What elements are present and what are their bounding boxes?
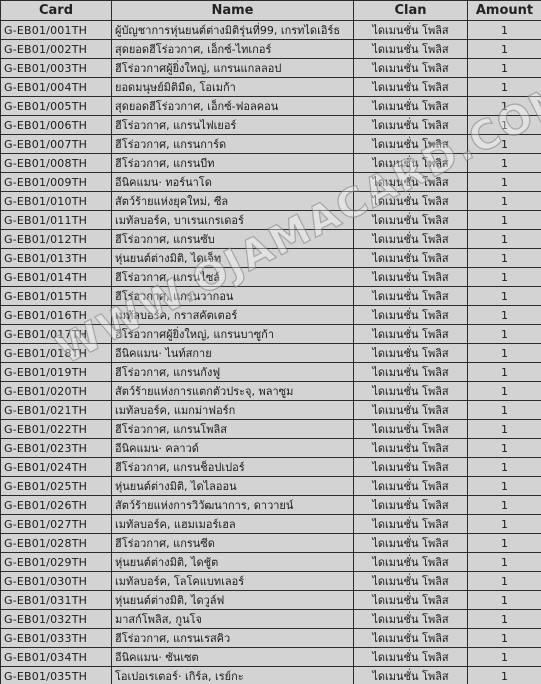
card-amount: 1 (468, 496, 541, 515)
card-amount: 1 (468, 192, 541, 211)
card-name: ฮีโร่อวกาศ, แกรนไฟเยอร์ (112, 116, 354, 135)
card-name: สุดยอดฮีโร่อวกาศ, เอ็กซ์-ฟอลคอน (112, 97, 354, 116)
card-clan: ไดเมนชั่น โพลิส (354, 629, 468, 648)
table-row: G-EB01/009THอีนิคแมน· ทอร์นาโดไดเมนชั่น … (1, 173, 541, 192)
card-amount: 1 (468, 629, 541, 648)
table-row: G-EB01/027THเมทัลบอร์ค, แฮมเมอร์เฮลไดเมน… (1, 515, 541, 534)
card-amount: 1 (468, 553, 541, 572)
card-amount: 1 (468, 59, 541, 78)
card-amount: 1 (468, 458, 541, 477)
card-clan: ไดเมนชั่น โพลิส (354, 306, 468, 325)
card-code: G-EB01/011TH (1, 211, 112, 230)
card-clan: ไดเมนชั่น โพลิส (354, 496, 468, 515)
card-code: G-EB01/009TH (1, 173, 112, 192)
card-amount: 1 (468, 230, 541, 249)
card-code: G-EB01/025TH (1, 477, 112, 496)
table-row: G-EB01/007THฮีโร่อวกาศ, แกรนการ์ดไดเมนชั… (1, 135, 541, 154)
table-body: G-EB01/001THผู้บัญชาการหุ่นยนต์ต่างมิติร… (1, 21, 541, 684)
card-code: G-EB01/023TH (1, 439, 112, 458)
card-amount: 1 (468, 325, 541, 344)
card-clan: ไดเมนชั่น โพลิส (354, 192, 468, 211)
card-amount: 1 (468, 382, 541, 401)
card-clan: ไดเมนชั่น โพลิส (354, 515, 468, 534)
table-row: G-EB01/011THเมทัลบอร์ค, บาเรนเกรเดอร์ไดเ… (1, 211, 541, 230)
table-row: G-EB01/017THฮีโร่อวกาศผู้ยิ่งใหญ่, แกรนบ… (1, 325, 541, 344)
table-row: G-EB01/028THฮีโร่อวกาศ, แกรนซีดไดเมนชั่น… (1, 534, 541, 553)
card-amount: 1 (468, 173, 541, 192)
card-name: ฮีโร่อวกาศผู้ยิ่งใหญ่, แกรนแกลลอป (112, 59, 354, 78)
card-amount: 1 (468, 135, 541, 154)
card-amount: 1 (468, 97, 541, 116)
card-clan: ไดเมนชั่น โพลิส (354, 667, 468, 684)
table-row: G-EB01/005THสุดยอดฮีโร่อวกาศ, เอ็กซ์-ฟอล… (1, 97, 541, 116)
table-row: G-EB01/013THหุ่นยนต์ต่างมิติ, ไดเจ็ทไดเม… (1, 249, 541, 268)
card-clan: ไดเมนชั่น โพลิส (354, 534, 468, 553)
card-code: G-EB01/029TH (1, 553, 112, 572)
card-clan: ไดเมนชั่น โพลิส (354, 553, 468, 572)
table-row: G-EB01/029THหุ่นยนต์ต่างมิติ, ไดชู้ตไดเม… (1, 553, 541, 572)
card-code: G-EB01/028TH (1, 534, 112, 553)
card-amount: 1 (468, 154, 541, 173)
table-row: G-EB01/026THสัตว์ร้ายแห่งการวิวัฒนาการ, … (1, 496, 541, 515)
card-code: G-EB01/030TH (1, 572, 112, 591)
card-clan: ไดเมนชั่น โพลิส (354, 230, 468, 249)
card-clan: ไดเมนชั่น โพลิส (354, 268, 468, 287)
card-amount: 1 (468, 610, 541, 629)
card-code: G-EB01/021TH (1, 401, 112, 420)
card-name: ฮีโร่อวกาศ, แกรนซีด (112, 534, 354, 553)
card-amount: 1 (468, 648, 541, 667)
card-code: G-EB01/015TH (1, 287, 112, 306)
table-row: G-EB01/001THผู้บัญชาการหุ่นยนต์ต่างมิติร… (1, 21, 541, 40)
card-amount: 1 (468, 344, 541, 363)
card-amount: 1 (468, 439, 541, 458)
table-row: G-EB01/024THฮีโร่อวกาศ, แกรนช็อปเปอร์ไดเ… (1, 458, 541, 477)
table-row: G-EB01/019THฮีโร่อวกาศ, แกรนกังฟูไดเมนชั… (1, 363, 541, 382)
card-clan: ไดเมนชั่น โพลิส (354, 116, 468, 135)
card-name: เมทัลบอร์ค, กราสคัตเตอร์ (112, 306, 354, 325)
card-amount: 1 (468, 363, 541, 382)
card-name: โอเปอเรเตอร์· เกิร์ล, เรย์กะ (112, 667, 354, 684)
card-name: หุ่นยนต์ต่างมิติ, ไดชู้ต (112, 553, 354, 572)
table-row: G-EB01/021THเมทัลบอร์ค, แมกม่าฟอร์กไดเมน… (1, 401, 541, 420)
table-row: G-EB01/015THฮีโร่อวกาศ, แกรนวากอนไดเมนชั… (1, 287, 541, 306)
card-code: G-EB01/016TH (1, 306, 112, 325)
card-amount: 1 (468, 287, 541, 306)
header-clan: Clan (354, 1, 468, 21)
card-amount: 1 (468, 116, 541, 135)
card-name: ฮีโร่อวกาศ, แกรนบีท (112, 154, 354, 173)
header-row: Card Name Clan Amount (1, 1, 541, 21)
card-code: G-EB01/008TH (1, 154, 112, 173)
table-row: G-EB01/023THอีนิคแมน· คลาวด์ไดเมนชั่น โพ… (1, 439, 541, 458)
card-name: ผู้บัญชาการหุ่นยนต์ต่างมิติรุ่นที่99, เก… (112, 21, 354, 40)
card-name: อีนิคแมน· ไนท์สกาย (112, 344, 354, 363)
card-name: สุดยอดฮีโร่อวกาศ, เอ็กซ์-ไทเกอร์ (112, 40, 354, 59)
card-clan: ไดเมนชั่น โพลิส (354, 78, 468, 97)
card-clan: ไดเมนชั่น โพลิส (354, 135, 468, 154)
card-name: สัตว์ร้ายแห่งการแตกตัวประจุ, พลาซูม (112, 382, 354, 401)
card-code: G-EB01/010TH (1, 192, 112, 211)
card-clan: ไดเมนชั่น โพลิส (354, 648, 468, 667)
card-clan: ไดเมนชั่น โพลิส (354, 211, 468, 230)
card-code: G-EB01/002TH (1, 40, 112, 59)
card-amount: 1 (468, 401, 541, 420)
card-code: G-EB01/019TH (1, 363, 112, 382)
card-clan: ไดเมนชั่น โพลิส (354, 591, 468, 610)
card-name: หุ่นยนต์ต่างมิติ, ไดไลออน (112, 477, 354, 496)
card-amount: 1 (468, 21, 541, 40)
card-name: อีนิคแมน· ซันเซต (112, 648, 354, 667)
card-clan: ไดเมนชั่น โพลิส (354, 97, 468, 116)
table-row: G-EB01/030THเมทัลบอร์ค, โลโคแบทเลอร์ไดเม… (1, 572, 541, 591)
card-name: ฮีโร่อวกาศ, แกรนการ์ด (112, 135, 354, 154)
card-clan: ไดเมนชั่น โพลิส (354, 401, 468, 420)
card-clan: ไดเมนชั่น โพลิส (354, 477, 468, 496)
table-row: G-EB01/025THหุ่นยนต์ต่างมิติ, ไดไลออนไดเ… (1, 477, 541, 496)
table-row: G-EB01/020THสัตว์ร้ายแห่งการแตกตัวประจุ,… (1, 382, 541, 401)
table-row: G-EB01/018THอีนิคแมน· ไนท์สกายไดเมนชั่น … (1, 344, 541, 363)
table-row: G-EB01/022THฮีโร่อวกาศ, แกรนโพลิสไดเมนชั… (1, 420, 541, 439)
card-code: G-EB01/001TH (1, 21, 112, 40)
card-clan: ไดเมนชั่น โพลิส (354, 458, 468, 477)
card-clan: ไดเมนชั่น โพลิส (354, 173, 468, 192)
card-name: อีนิคแมน· คลาวด์ (112, 439, 354, 458)
table-row: G-EB01/031THหุ่นยนต์ต่างมิติ, ไดวูล์ฟไดเ… (1, 591, 541, 610)
card-name: ฮีโร่อวกาศ, แกรนไซล์ (112, 268, 354, 287)
card-name: สัตว์ร้ายแห่งยุคใหม่, ซีล (112, 192, 354, 211)
table-row: G-EB01/032THมาสก์โพลิส, กูนโจไดเมนชั่น โ… (1, 610, 541, 629)
table-row: G-EB01/004THยอดมนุษย์มิติมืด, โอเมก้าไดเ… (1, 78, 541, 97)
card-amount: 1 (468, 477, 541, 496)
card-amount: 1 (468, 572, 541, 591)
card-name: ฮีโร่อวกาศ, แกรนโพลิส (112, 420, 354, 439)
card-name: อีนิคแมน· ทอร์นาโด (112, 173, 354, 192)
card-code: G-EB01/034TH (1, 648, 112, 667)
card-amount: 1 (468, 534, 541, 553)
card-code: G-EB01/012TH (1, 230, 112, 249)
table-row: G-EB01/034THอีนิคแมน· ซันเซตไดเมนชั่น โพ… (1, 648, 541, 667)
header-amount: Amount (468, 1, 541, 21)
card-code: G-EB01/033TH (1, 629, 112, 648)
card-code: G-EB01/014TH (1, 268, 112, 287)
card-clan: ไดเมนชั่น โพลิส (354, 287, 468, 306)
card-amount: 1 (468, 268, 541, 287)
card-name: ยอดมนุษย์มิติมืด, โอเมก้า (112, 78, 354, 97)
card-code: G-EB01/004TH (1, 78, 112, 97)
card-code: G-EB01/022TH (1, 420, 112, 439)
card-code: G-EB01/017TH (1, 325, 112, 344)
card-clan: ไดเมนชั่น โพลิส (354, 249, 468, 268)
card-amount: 1 (468, 78, 541, 97)
card-amount: 1 (468, 211, 541, 230)
card-code: G-EB01/031TH (1, 591, 112, 610)
card-clan: ไดเมนชั่น โพลิส (354, 382, 468, 401)
card-amount: 1 (468, 40, 541, 59)
table-row: G-EB01/035THโอเปอเรเตอร์· เกิร์ล, เรย์กะ… (1, 667, 541, 684)
card-code: G-EB01/018TH (1, 344, 112, 363)
card-name: ฮีโร่อวกาศผู้ยิ่งใหญ่, แกรนบาซูก้า (112, 325, 354, 344)
table-row: G-EB01/008THฮีโร่อวกาศ, แกรนบีทไดเมนชั่น… (1, 154, 541, 173)
table-row: G-EB01/006THฮีโร่อวกาศ, แกรนไฟเยอร์ไดเมน… (1, 116, 541, 135)
card-clan: ไดเมนชั่น โพลิส (354, 154, 468, 173)
card-clan: ไดเมนชั่น โพลิส (354, 439, 468, 458)
card-name: ฮีโร่อวกาศ, แกรนกังฟู (112, 363, 354, 382)
card-clan: ไดเมนชั่น โพลิส (354, 59, 468, 78)
card-code: G-EB01/032TH (1, 610, 112, 629)
header-name: Name (112, 1, 354, 21)
table-row: G-EB01/010THสัตว์ร้ายแห่งยุคใหม่, ซีลไดเ… (1, 192, 541, 211)
header-card: Card (1, 1, 112, 21)
card-name: สัตว์ร้ายแห่งการวิวัฒนาการ, ดาวายน์ (112, 496, 354, 515)
card-name: ฮีโร่อวกาศ, แกรนช็อปเปอร์ (112, 458, 354, 477)
card-clan: ไดเมนชั่น โพลิส (354, 21, 468, 40)
card-code: G-EB01/003TH (1, 59, 112, 78)
table-row: G-EB01/012THฮีโร่อวกาศ, แกรนซับไดเมนชั่น… (1, 230, 541, 249)
card-code: G-EB01/007TH (1, 135, 112, 154)
card-clan: ไดเมนชั่น โพลิส (354, 40, 468, 59)
card-name: ฮีโร่อวกาศ, แกรนวากอน (112, 287, 354, 306)
card-amount: 1 (468, 306, 541, 325)
card-name: เมทัลบอร์ค, แมกม่าฟอร์ก (112, 401, 354, 420)
card-code: G-EB01/020TH (1, 382, 112, 401)
card-clan: ไดเมนชั่น โพลิส (354, 325, 468, 344)
card-code: G-EB01/026TH (1, 496, 112, 515)
card-code: G-EB01/006TH (1, 116, 112, 135)
card-list-table: Card Name Clan Amount G-EB01/001THผู้บัญ… (0, 0, 541, 684)
card-name: หุ่นยนต์ต่างมิติ, ไดวูล์ฟ (112, 591, 354, 610)
card-amount: 1 (468, 667, 541, 684)
card-name: เมทัลบอร์ค, บาเรนเกรเดอร์ (112, 211, 354, 230)
card-code: G-EB01/013TH (1, 249, 112, 268)
card-name: ฮีโร่อวกาศ, แกรนเรสคิว (112, 629, 354, 648)
card-code: G-EB01/035TH (1, 667, 112, 684)
card-name: ฮีโร่อวกาศ, แกรนซับ (112, 230, 354, 249)
card-code: G-EB01/024TH (1, 458, 112, 477)
card-name: เมทัลบอร์ค, โลโคแบทเลอร์ (112, 572, 354, 591)
card-code: G-EB01/005TH (1, 97, 112, 116)
card-name: หุ่นยนต์ต่างมิติ, ไดเจ็ท (112, 249, 354, 268)
card-clan: ไดเมนชั่น โพลิส (354, 420, 468, 439)
card-amount: 1 (468, 420, 541, 439)
card-clan: ไดเมนชั่น โพลิส (354, 572, 468, 591)
table-row: G-EB01/016THเมทัลบอร์ค, กราสคัตเตอร์ไดเม… (1, 306, 541, 325)
card-amount: 1 (468, 591, 541, 610)
table-row: G-EB01/003THฮีโร่อวกาศผู้ยิ่งใหญ่, แกรนแ… (1, 59, 541, 78)
table-row: G-EB01/014THฮีโร่อวกาศ, แกรนไซล์ไดเมนชั่… (1, 268, 541, 287)
table-row: G-EB01/033THฮีโร่อวกาศ, แกรนเรสคิวไดเมนช… (1, 629, 541, 648)
table-row: G-EB01/002THสุดยอดฮีโร่อวกาศ, เอ็กซ์-ไทเ… (1, 40, 541, 59)
card-amount: 1 (468, 515, 541, 534)
card-clan: ไดเมนชั่น โพลิส (354, 363, 468, 382)
card-amount: 1 (468, 249, 541, 268)
card-name: เมทัลบอร์ค, แฮมเมอร์เฮล (112, 515, 354, 534)
card-clan: ไดเมนชั่น โพลิส (354, 344, 468, 363)
card-code: G-EB01/027TH (1, 515, 112, 534)
card-name: มาสก์โพลิส, กูนโจ (112, 610, 354, 629)
card-clan: ไดเมนชั่น โพลิส (354, 610, 468, 629)
